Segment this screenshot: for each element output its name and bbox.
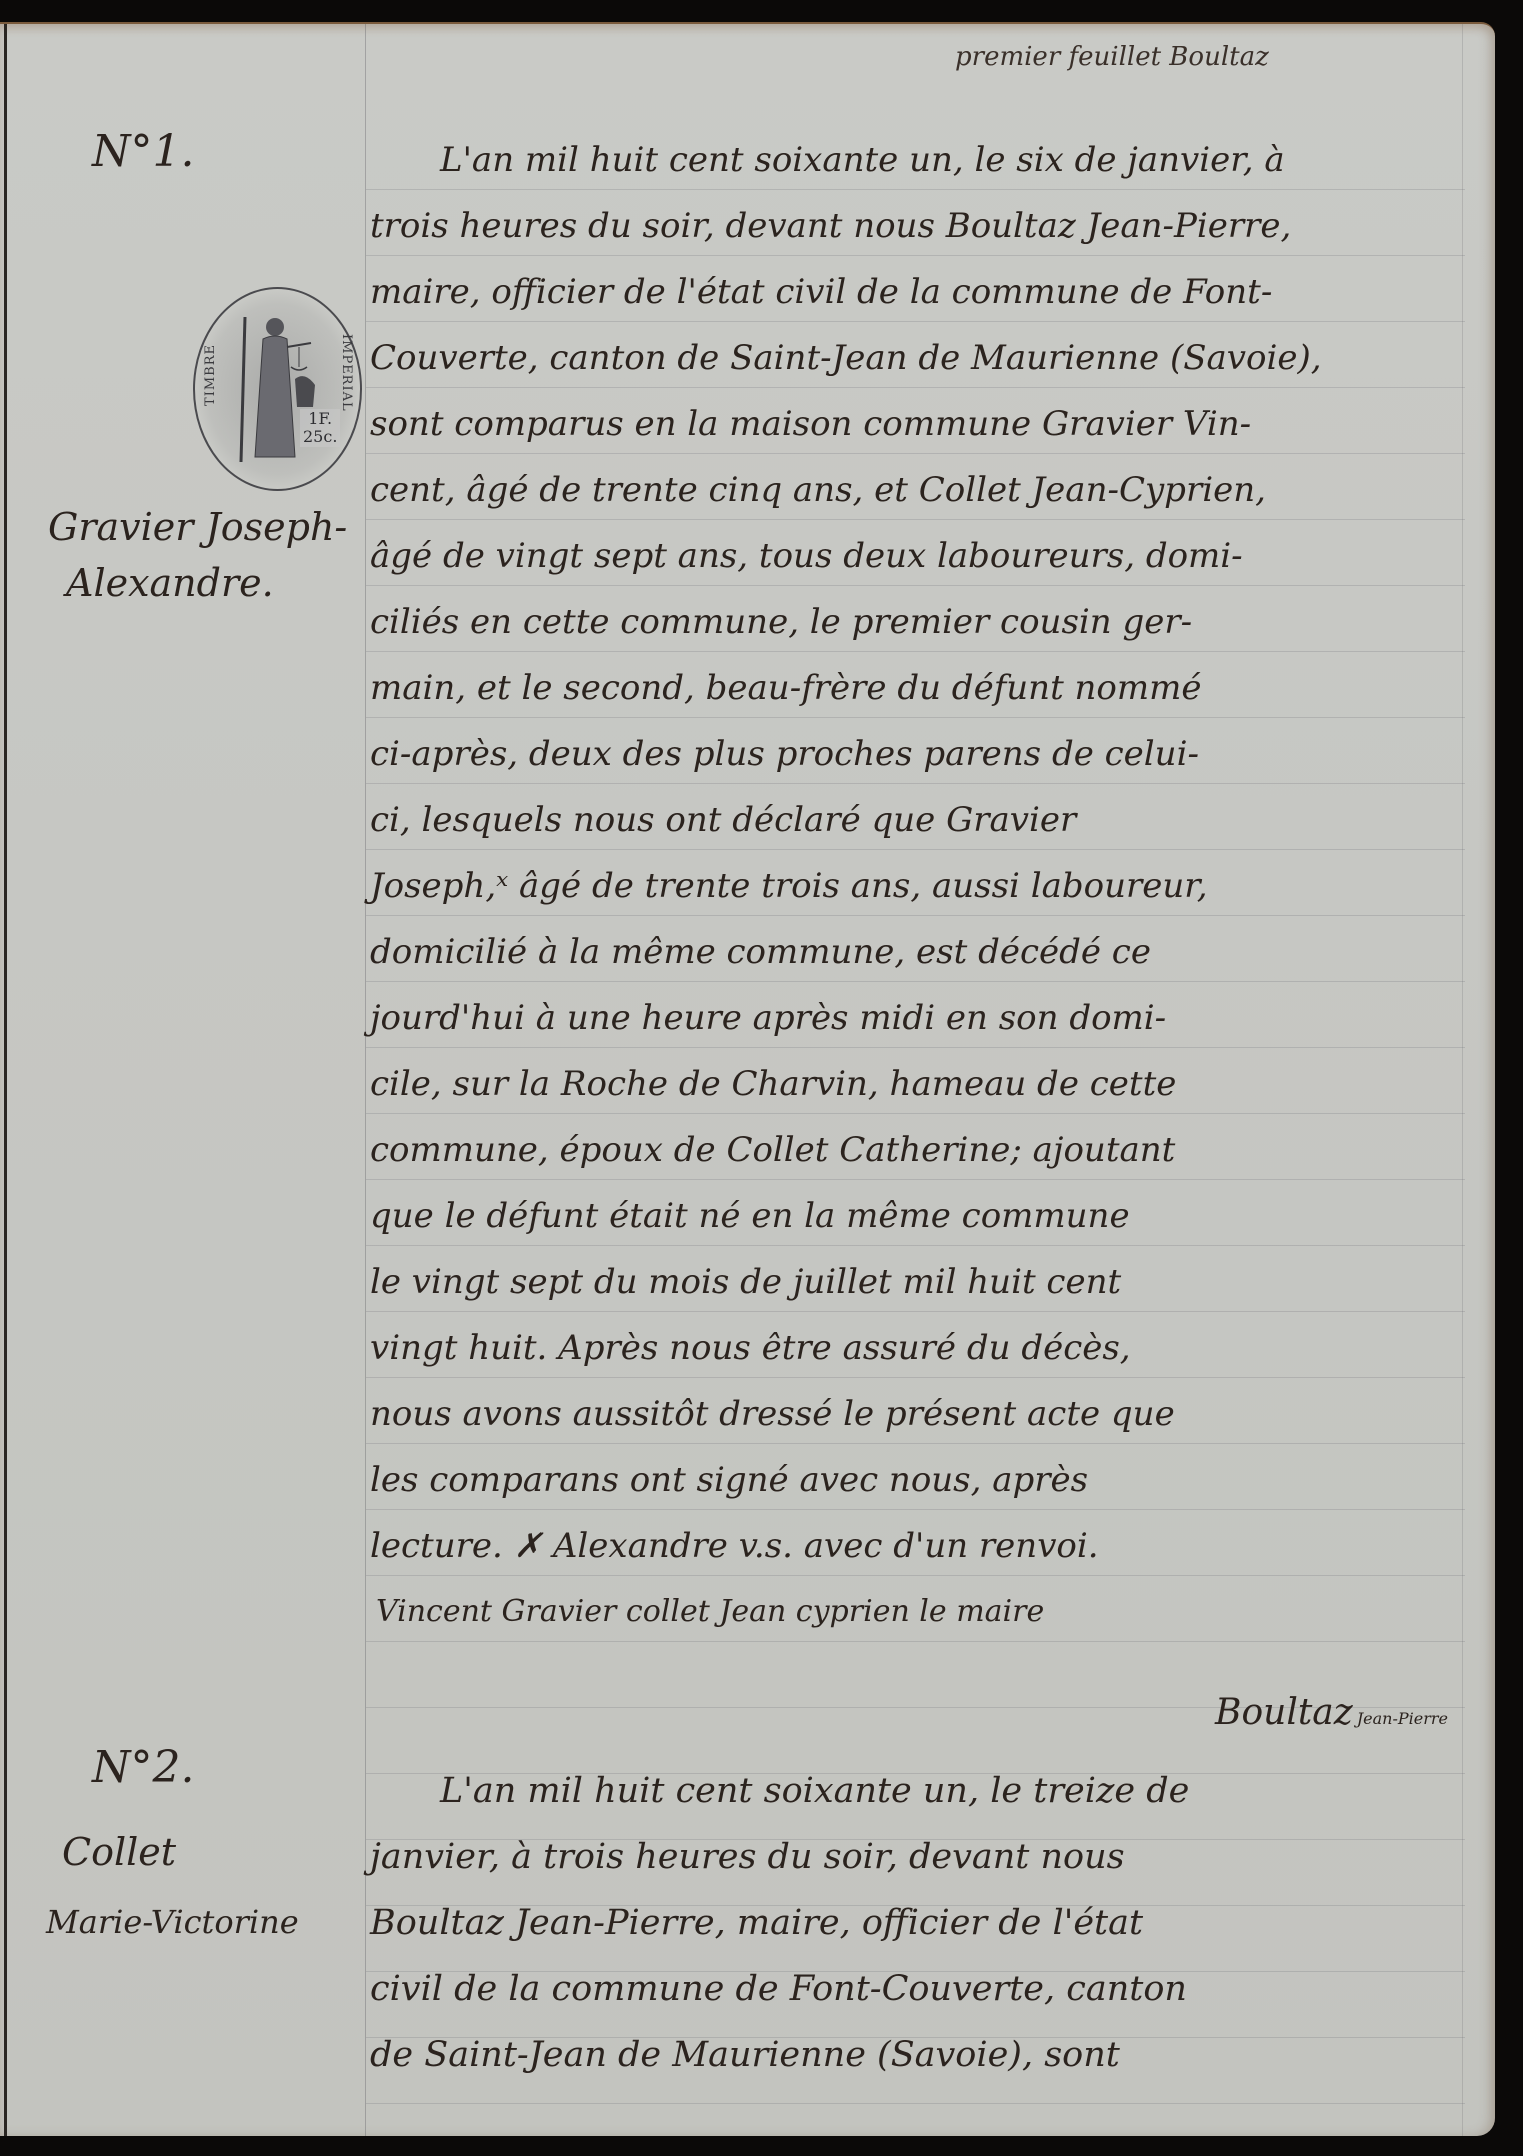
margin-name-1: Gravier Joseph- Alexandre. [48, 499, 347, 611]
text-line: maire, officier de l'état civil de la co… [370, 259, 1470, 325]
binding-edge [4, 24, 7, 2136]
text-line: nous avons aussitôt dressé le présent ac… [370, 1381, 1470, 1447]
text-line: main, et le second, beau-frère du défunt… [370, 655, 1470, 721]
text-line: lecture. ✗ Alexandre v.s. avec d'un renv… [370, 1513, 1470, 1579]
entry-number-2: N°2. [92, 1742, 194, 1793]
text-line: sont comparus en la maison commune Gravi… [370, 391, 1470, 457]
text-line: âgé de vingt sept ans, tous deux laboure… [370, 523, 1470, 589]
text-line: janvier, à trois heures du soir, devant … [370, 1824, 1470, 1890]
imperial-tax-stamp: TIMBRE IMPERIAL 1F. 25c. [193, 287, 362, 491]
stamp-text-right: IMPERIAL [339, 334, 354, 412]
stamp-text-left: TIMBRE [203, 344, 218, 406]
signatures-line: Vincent Gravier collet Jean cyprien le m… [370, 1579, 1470, 1645]
top-note: premier feuillet Boultaz [955, 42, 1269, 72]
text-line: jourd'hui à une heure après midi en son … [370, 985, 1470, 1051]
text-line: Boultaz Jean-Pierre, maire, officier de … [370, 1890, 1470, 1956]
text-line: civil de la commune de Font-Couverte, ca… [370, 1956, 1470, 2022]
text-line: trois heures du soir, devant nous Boulta… [370, 193, 1470, 259]
mayor-signature: BoultazJean-Pierre [1215, 1692, 1448, 1733]
text-line: ci, lesquels nous ont déclaré que Gravie… [370, 787, 1470, 853]
entry-2-text: L'an mil huit cent soixante un, le treiz… [370, 1758, 1470, 2088]
text-line: domicilié à la même commune, est décédé … [370, 919, 1470, 985]
text-line: L'an mil huit cent soixante un, le six d… [370, 127, 1470, 193]
margin-name-2: Collet Marie-Victorine [62, 1824, 299, 1950]
text-line: les comparans ont signé avec nous, après [370, 1447, 1470, 1513]
text-line: cent, âgé de trente cinq ans, et Collet … [370, 457, 1470, 523]
text-line: le vingt sept du mois de juillet mil hui… [370, 1249, 1470, 1315]
register-page: premier feuillet Boultaz N°1. TIMBRE IMP… [0, 22, 1495, 2136]
text-line: L'an mil huit cent soixante un, le treiz… [370, 1758, 1470, 1824]
text-line: commune, époux de Collet Catherine; ajou… [370, 1117, 1470, 1183]
stamp-value: 1F. 25c. [300, 409, 340, 447]
text-line: Joseph,ˣ âgé de trente trois ans, aussi … [370, 853, 1470, 919]
text-line: que le défunt était né en la même commun… [370, 1183, 1470, 1249]
entry-1-text: L'an mil huit cent soixante un, le six d… [370, 127, 1470, 1645]
entry-number-1: N°1. [92, 126, 194, 177]
text-line: vingt huit. Après nous être assuré du dé… [370, 1315, 1470, 1381]
text-line: cile, sur la Roche de Charvin, hameau de… [370, 1051, 1470, 1117]
text-line: Couverte, canton de Saint-Jean de Maurie… [370, 325, 1470, 391]
text-line: ci-après, deux des plus proches parens d… [370, 721, 1470, 787]
text-line: ciliés en cette commune, le premier cous… [370, 589, 1470, 655]
text-line: de Saint-Jean de Maurienne (Savoie), son… [370, 2022, 1470, 2088]
